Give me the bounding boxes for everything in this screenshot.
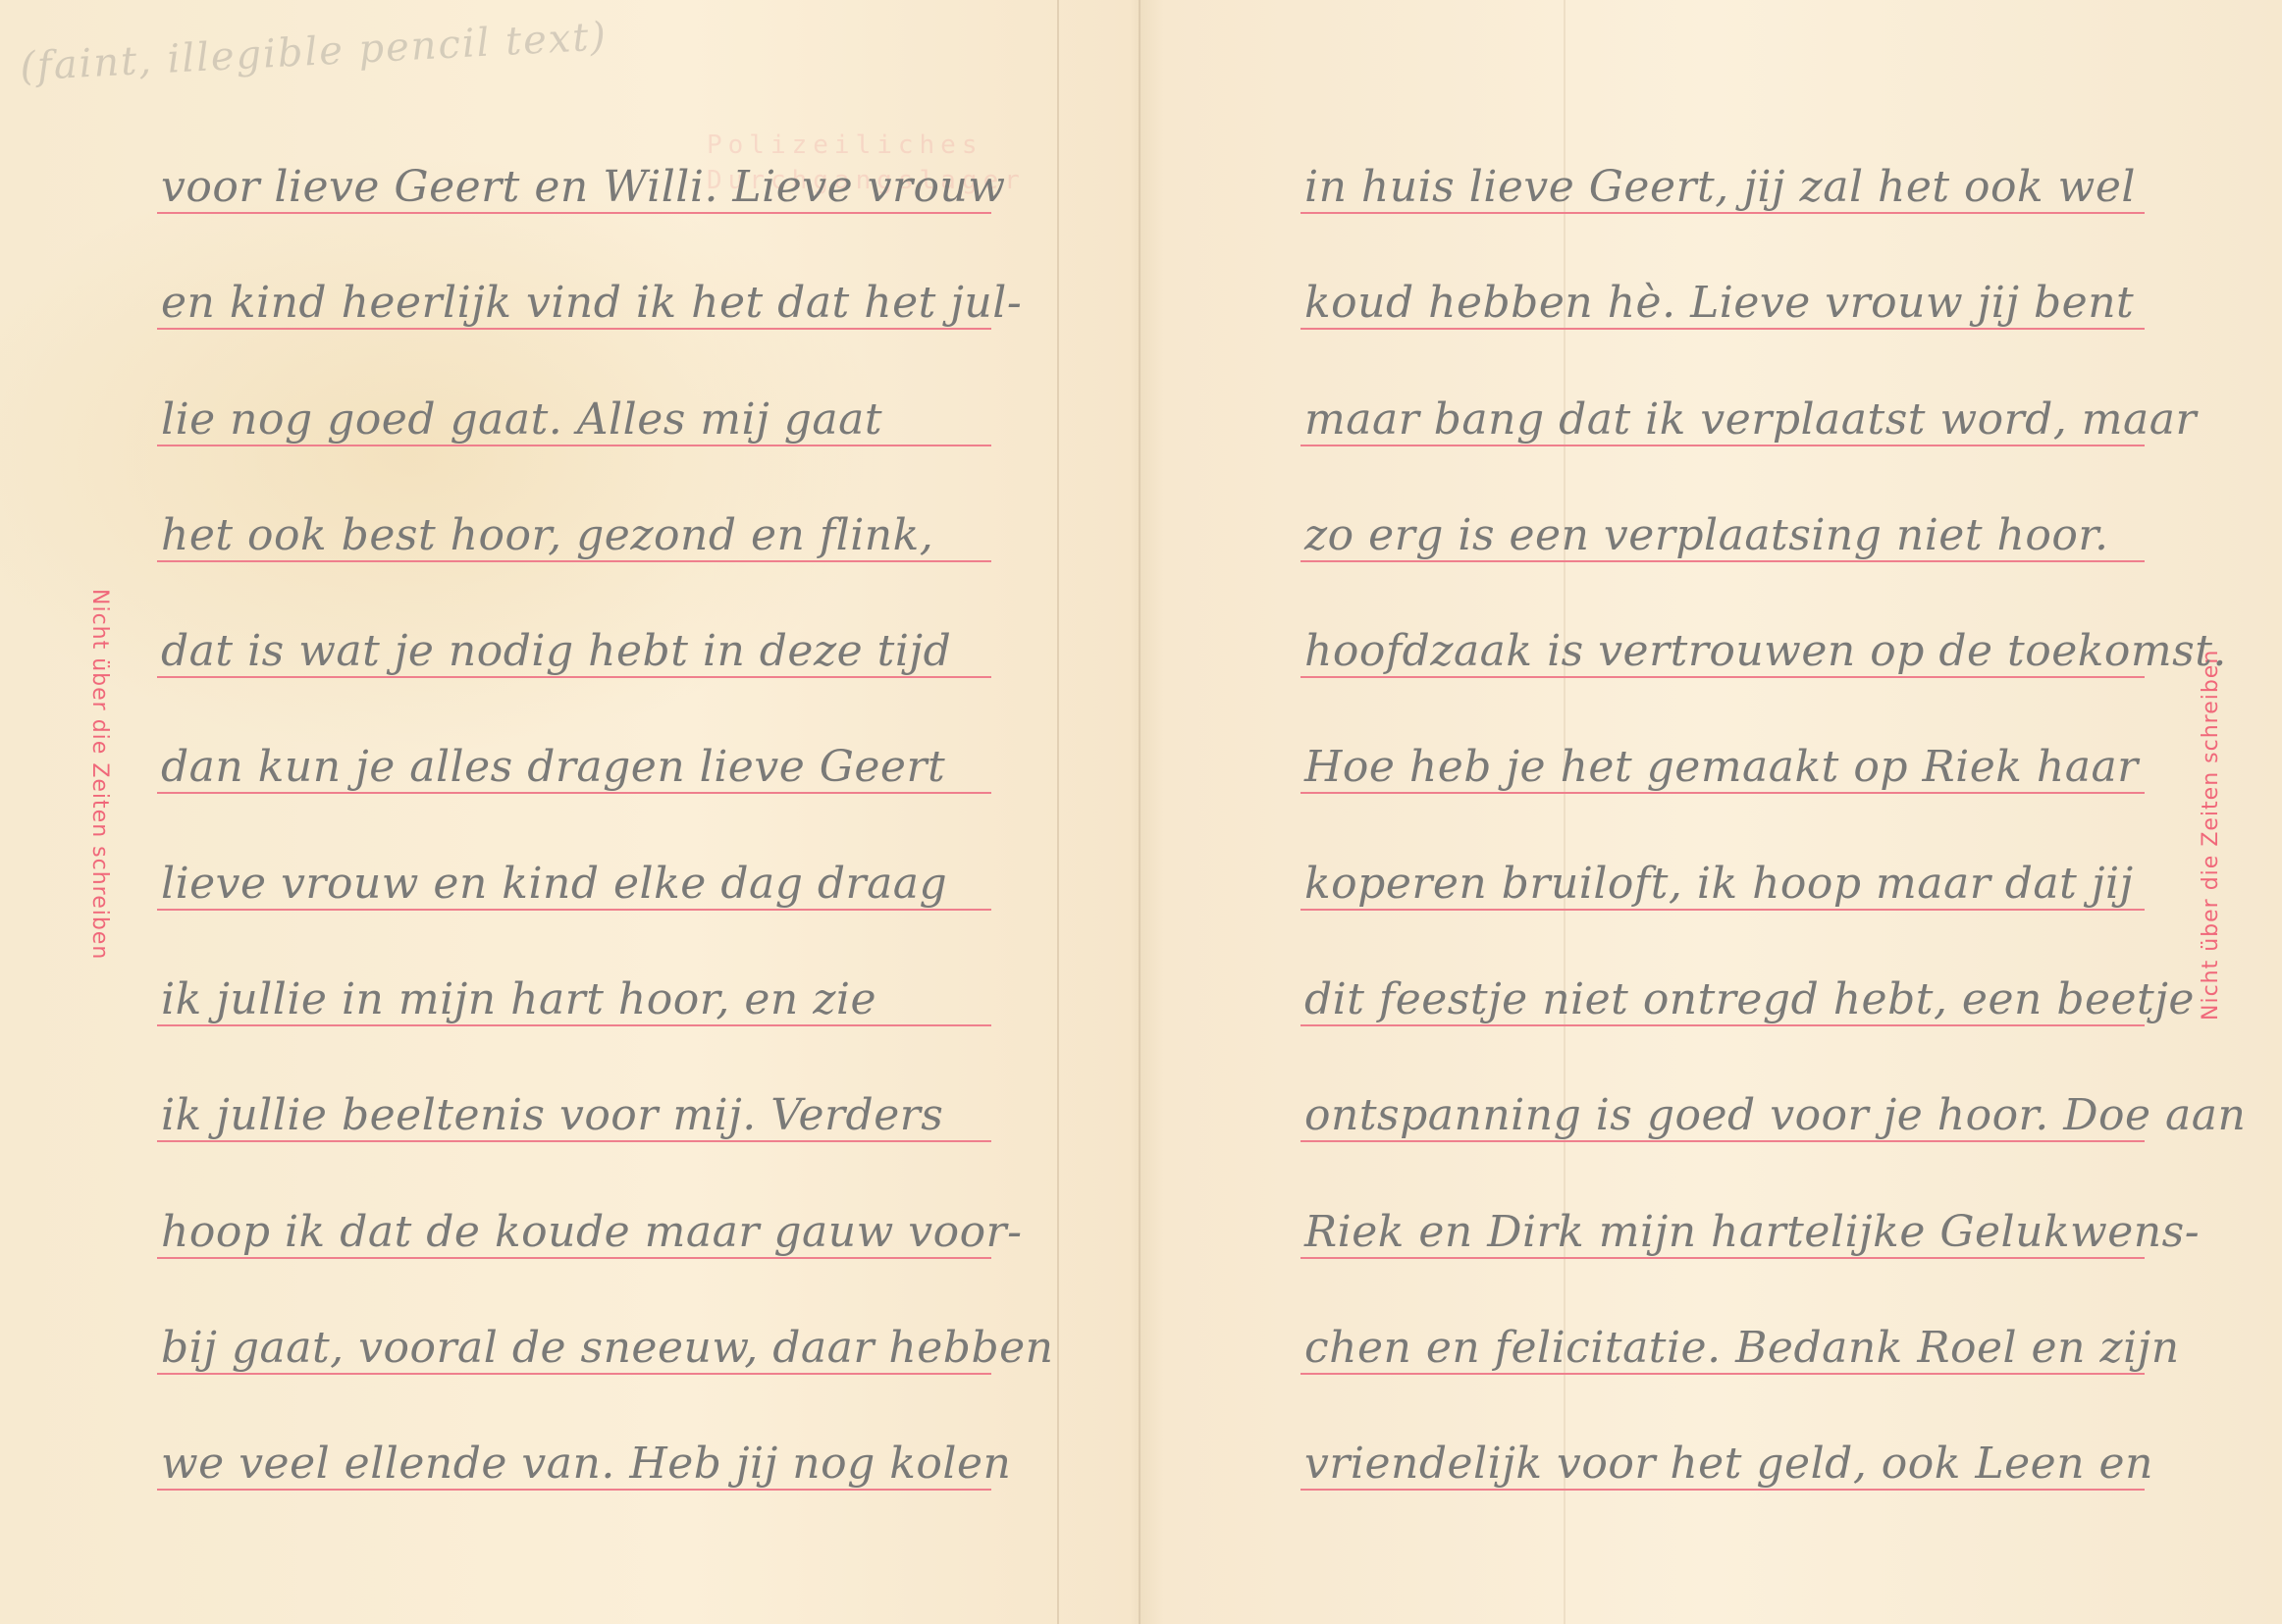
handwritten-line: dit feestje niet ontregd hebt, een beetj…: [1300, 909, 2145, 1026]
rule-line: [157, 1489, 991, 1491]
margin-notice-left: Nicht über die Zeiten schreiben: [87, 589, 112, 960]
handwritten-line: het ook best hoor, gezond en flink,: [157, 445, 991, 562]
paper-fold: [1057, 0, 1059, 1624]
handwritten-line: chen en felicitatie. Bedank Roel en zijn: [1300, 1257, 2145, 1375]
handwritten-line: ontspanning is goed voor je hoor. Doe aa…: [1300, 1024, 2145, 1142]
handwritten-line: ik jullie beeltenis voor mij. Verders: [157, 1024, 991, 1142]
handwritten-line: lieve vrouw en kind elke dag draag: [157, 793, 991, 911]
handwritten-line: koperen bruiloft, ik hoop maar dat jij: [1300, 793, 2145, 911]
handwritten-line: in huis lieve Geert, jij zal het ook wel: [1300, 96, 2145, 214]
margin-notice-right: Nicht über die Zeiten schreiben: [2199, 650, 2223, 1021]
handwritten-line: Hoe heb je het gemaakt op Riek haar: [1300, 676, 2145, 794]
handwritten-line: maar bang dat ik verplaatst word, maar: [1300, 329, 2145, 446]
handwritten-line: lie nog goed gaat. Alles mij gaat: [157, 329, 991, 446]
handwritten-line: en kind heerlijk vind ik het dat het jul…: [157, 212, 991, 330]
handwritten-line: ik jullie in mijn hart hoor, en zie: [157, 909, 991, 1026]
handwritten-line: zo erg is een verplaatsing niet hoor.: [1300, 445, 2145, 562]
handwritten-line: vriendelijk voor het geld, ook Leen en: [1300, 1373, 2145, 1491]
rule-line: [1300, 1489, 2145, 1491]
handwritten-line: Riek en Dirk mijn hartelijke Gelukwens-: [1300, 1141, 2145, 1259]
handwritten-line: bij gaat, vooral de sneeuw, daar hebben: [157, 1257, 991, 1375]
handwritten-line: hoop ik dat de koude maar gauw voor-: [157, 1141, 991, 1259]
handwritten-line: voor lieve Geert en Willi. Lieve vrouw: [157, 96, 991, 214]
handwritten-line: koud hebben hè. Lieve vrouw jij bent: [1300, 212, 2145, 330]
center-fold: [1139, 0, 1141, 1624]
handwritten-line: dan kun je alles dragen lieve Geert: [157, 676, 991, 794]
handwritten-line: dat is wat je nodig hebt in deze tijd: [157, 560, 991, 678]
handwritten-line: hoofdzaak is vertrouwen op de toekomst.: [1300, 560, 2145, 678]
handwritten-line: we veel ellende van. Heb jij nog kolen: [157, 1373, 991, 1491]
